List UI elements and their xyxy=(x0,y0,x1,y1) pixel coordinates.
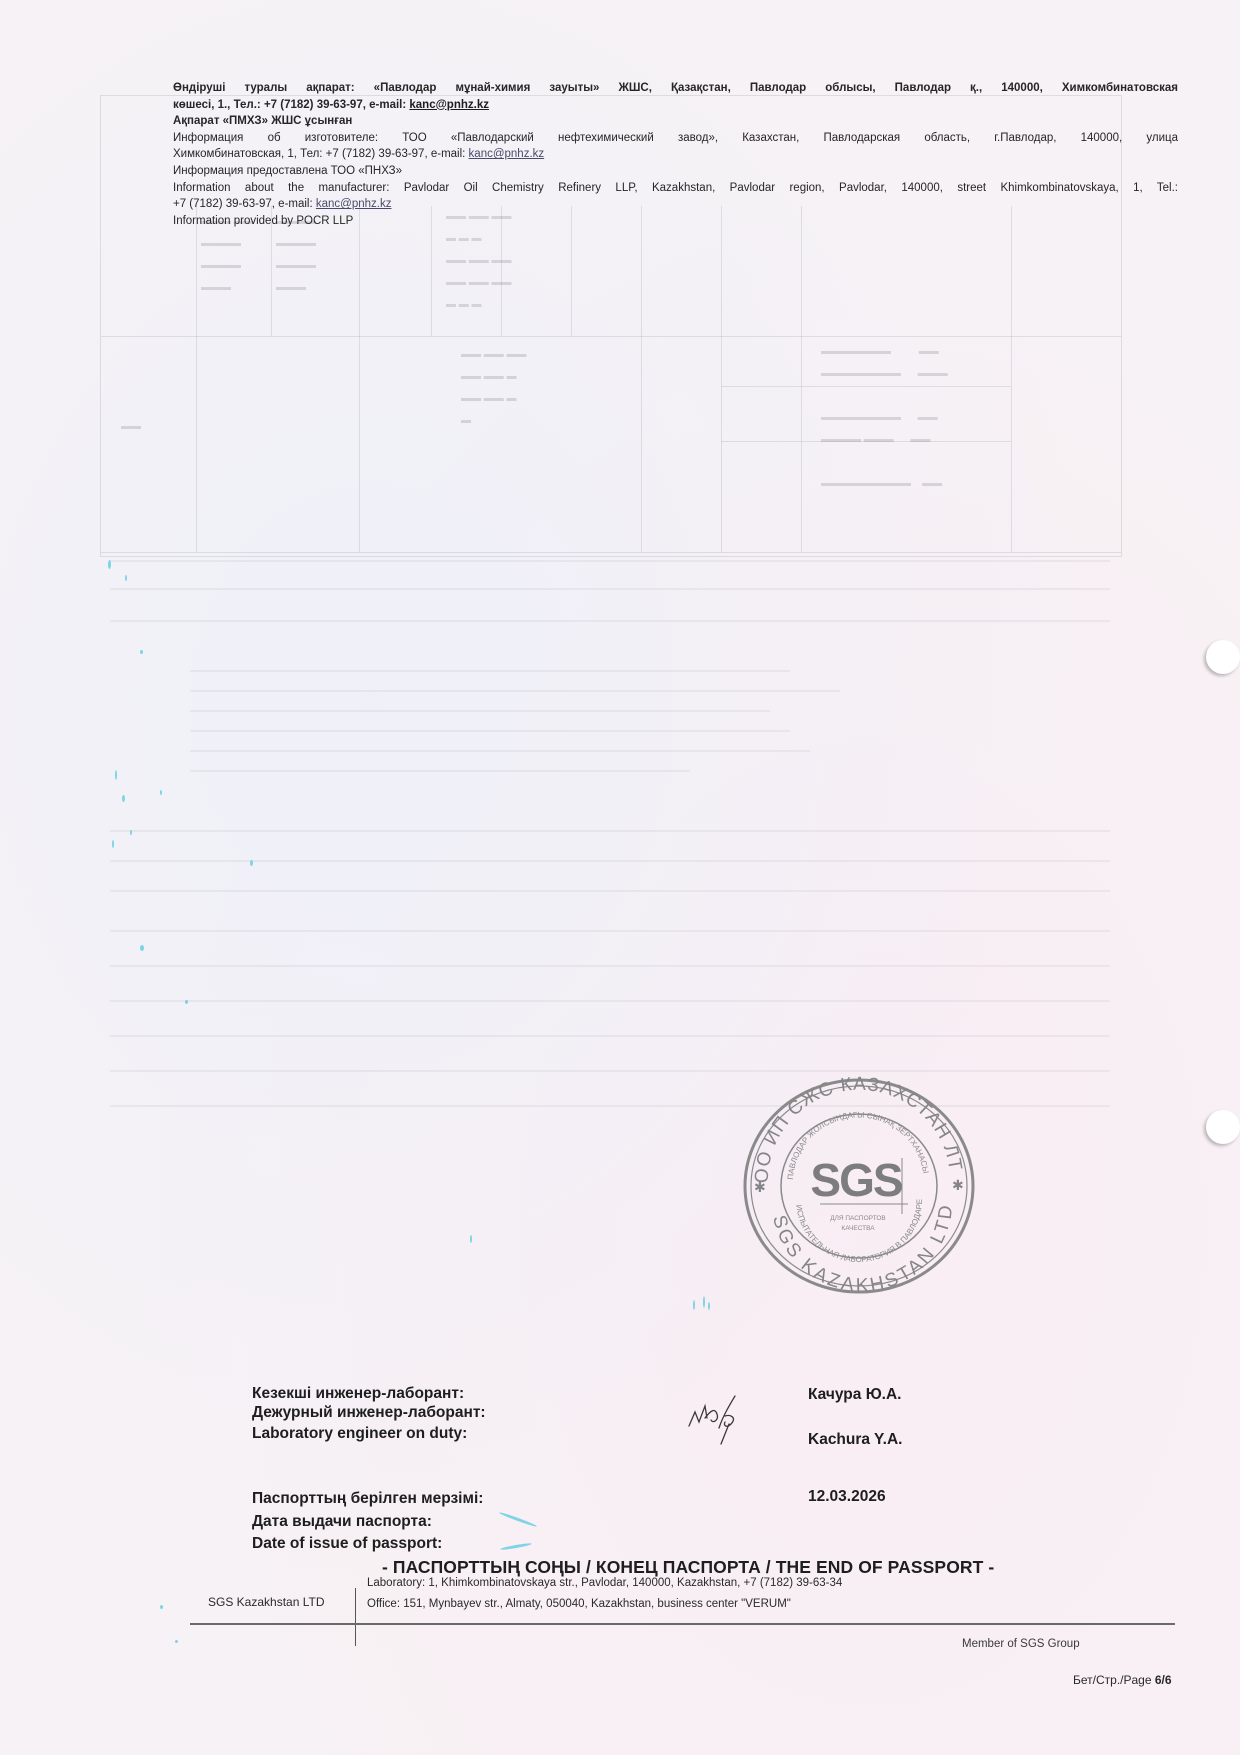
punch-hole xyxy=(1206,640,1240,674)
en-email-link[interactable]: kanc@pnhz.kz xyxy=(316,198,392,210)
manufacturer-info: Өндіруші туралы ақпарат: «Павлодар мұнай… xyxy=(173,80,1178,229)
svg-text:SGS: SGS xyxy=(810,1154,901,1206)
svg-text:КАЧЕСТВА: КАЧЕСТВА xyxy=(841,1225,875,1232)
kk-manufacturer-line1: Өндіруші туралы ақпарат: «Павлодар мұнай… xyxy=(173,80,1178,97)
footer-addresses: Laboratory: 1, Khimkombinatovskaya str.,… xyxy=(367,1573,842,1615)
handwritten-signature xyxy=(685,1388,755,1448)
issue-date-value: 12.03.2026 xyxy=(808,1488,886,1506)
ru-provided-by: Информация предоставлена ТОО «ПНХЗ» xyxy=(173,163,1178,180)
sgs-stamp: ТОО ИП СЖС КАЗАХСТАН ЛТД SGS KAZAKHSTAN … xyxy=(738,1068,978,1294)
ru-manufacturer-line1: Информация об изготовителе: ТОО «Павлода… xyxy=(173,130,1178,147)
issue-date-label-en: Date of issue of passport: xyxy=(252,1533,483,1556)
svg-text:✱: ✱ xyxy=(952,1177,964,1193)
svg-text:✱: ✱ xyxy=(754,1179,766,1195)
engineer-name-en: Kachura Y.A. xyxy=(808,1431,902,1449)
engineer-label-kk: Кезекші инженер-лаборант: xyxy=(252,1384,486,1403)
en-manufacturer-line1: Information about the manufacturer: Pavl… xyxy=(173,180,1178,197)
engineer-label-en: Laboratory engineer on duty: xyxy=(252,1424,486,1443)
punch-hole xyxy=(1206,1110,1240,1144)
issue-date-label-ru: Дата выдачи паспорта: xyxy=(252,1511,483,1534)
svg-text:ДЛЯ ПАСПОРТОВ: ДЛЯ ПАСПОРТОВ xyxy=(830,1215,886,1222)
office-address: Office: 151, Mynbayev str., Almaty, 0500… xyxy=(367,1594,842,1615)
member-of-sgs: Member of SGS Group xyxy=(962,1638,1080,1650)
engineer-labels: Кезекші инженер-лаборант: Дежурный инжен… xyxy=(252,1384,486,1443)
engineer-name-ru: Качура Ю.А. xyxy=(808,1386,901,1404)
laboratory-address: Laboratory: 1, Khimkombinatovskaya str.,… xyxy=(367,1573,842,1594)
page-number: Бет/Стр./Page 6/6 xyxy=(1073,1673,1172,1687)
kk-manufacturer-line2: көшесі, 1., Тел.: +7 (7182) 39-63-97, e-… xyxy=(173,97,1178,114)
footer-divider-horizontal xyxy=(190,1623,1175,1625)
footer-divider-vertical xyxy=(355,1588,356,1646)
issue-date-labels: Паспорттың берілген мерзімі: Дата выдачи… xyxy=(252,1488,483,1556)
document-page: ▬▬▬ ▬▬▬▬▬▬▬▬▬▬▬▬▬ ▬▬▬▬▬▬▬▬▬▬▬▬▬▬▬ ▬▬ ▬▬ … xyxy=(0,0,1240,1755)
engineer-label-ru: Дежурный инженер-лаборант: xyxy=(252,1403,486,1422)
footer-company: SGS Kazakhstan LTD xyxy=(208,1595,325,1609)
en-provided-by: Information provided by POCR LLP xyxy=(173,213,1178,230)
en-manufacturer-line2: +7 (7182) 39-63-97, e-mail: kanc@pnhz.kz xyxy=(173,196,1178,213)
kk-provided-by: Ақпарат «ПМХЗ» ЖШС ұсынған xyxy=(173,113,1178,130)
ru-manufacturer-line2: Химкомбинатовская, 1, Тел: +7 (7182) 39-… xyxy=(173,146,1178,163)
ru-email-link[interactable]: kanc@pnhz.kz xyxy=(469,148,545,160)
kk-email-link[interactable]: kanc@pnhz.kz xyxy=(409,99,489,111)
issue-date-label-kk: Паспорттың берілген мерзімі: xyxy=(252,1488,483,1511)
